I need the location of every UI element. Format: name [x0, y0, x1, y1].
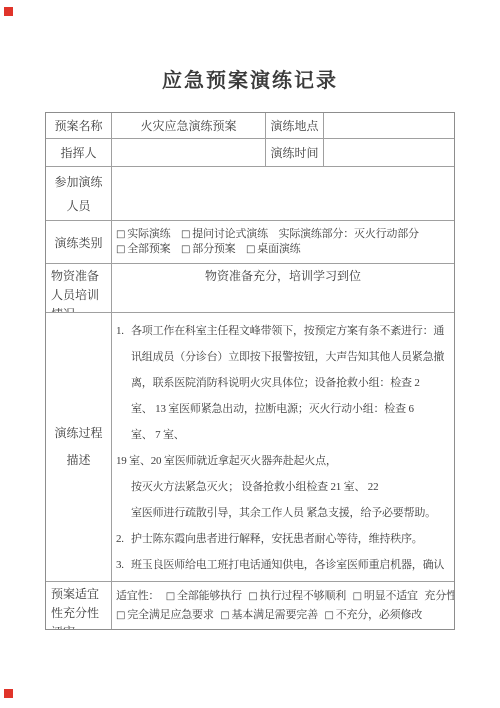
process-line: 1.各项工作在科室主任程文峰带领下，按预定方案有条不紊进行：通 [116, 318, 450, 344]
row-materials-training: 物资准备 人员培训 情况 物资准备充分，培训学习到位 [46, 264, 454, 313]
red-corner-mark-bottom [4, 689, 13, 698]
process-line: 离，联系医院消防科说明火灾具体位；设备抢救小组：检查 2 [116, 370, 450, 396]
process-line-text: 按灭火方法紧急灭火； 设备抢救小组检查 21 室、 22 [131, 474, 378, 500]
process-line-text: 护士陈东霞向患者进行解释，安抚患者耐心等待，维持秩序。 [131, 526, 423, 552]
checkbox-option: □执行过程不够顺利 [248, 590, 346, 602]
drill-time-label: 演练时间 [266, 139, 324, 166]
materials-training-value: 物资准备充分，培训学习到位 [112, 264, 454, 312]
checkbox-option: □部分预案 [181, 243, 235, 255]
checkbox-icon: □ [116, 610, 125, 621]
list-number: 1. [116, 318, 131, 344]
checkbox-icon: □ [220, 610, 229, 621]
plan-name-value: 火灾应急演练预案 [112, 113, 266, 138]
checkbox-icon: □ [116, 244, 125, 255]
checkbox-option-label: 适宜性： [116, 590, 159, 602]
review-options-line1: □适宜性： □全部能够执行 □执行过程不够顺利 □明显不适宜 □充分性： [116, 587, 454, 606]
process-line-text: 离，联系医院消防科说明火灾具体位；设备抢救小组：检查 2 [131, 370, 420, 396]
process-line: 2.护士陈东霞向患者进行解释，安抚患者耐心等待，维持秩序。 [116, 526, 450, 552]
participants-value [112, 167, 454, 220]
row-process-description: 演练过程 描述 1.各项工作在科室主任程文峰带领下，按预定方案有条不紊进行：通 … [46, 313, 454, 582]
checkbox-icon: □ [246, 244, 255, 255]
plan-name-label: 预案名称 [46, 113, 112, 138]
list-number: 3. [116, 552, 131, 578]
page-title: 应急预案演练记录 [0, 64, 500, 93]
category-options-line2: □全部预案 □部分预案 □桌面演练 [116, 242, 454, 257]
row-plan-name: 预案名称 火灾应急演练预案 演练地点 [46, 113, 454, 139]
checkbox-icon: □ [116, 229, 125, 240]
checkbox-option-label: 基本满足需要完善 [231, 609, 317, 621]
checkbox-option: □充分性： [424, 590, 454, 602]
checkbox-option-label: 桌面演练 [257, 243, 300, 255]
process-line-text: 各项工作在科室主任程文峰带领下，按预定方案有条不紊进行：通 [131, 318, 444, 344]
process-line: 讯组成员（分诊台）立即按下报警按钮，大声告知其他人员紧急撤 [116, 344, 450, 370]
row-plan-review: 预案适宜 性充分性 评审 □适宜性： □全部能够执行 □执行过程不够顺利 □明显… [46, 582, 454, 629]
drill-location-label: 演练地点 [266, 113, 324, 138]
row-drill-category: 演练类别 □实际演练 □提问讨论式演练 □实际演练部分：灭火行动部分 □全部预案… [46, 221, 454, 264]
checkbox-option-label: 不充分，必须修改 [336, 609, 422, 621]
participants-label: 参加演练 人员 [46, 167, 112, 220]
materials-label-line1: 物资准备 [51, 267, 109, 286]
process-line-text: 班玉良医师给电工班打电话通知供电，各诊室医师重启机器，确认 [131, 552, 444, 578]
process-line-text: 室、 13 室医师紧急出动，拉断电源；灭火行动小组：检查 6 [131, 396, 414, 422]
drill-location-value [324, 113, 454, 138]
checkbox-option-label: 提问讨论式演练 [192, 228, 268, 240]
checkbox-option: □完全满足应急要求 [116, 609, 214, 621]
drill-category-options: □实际演练 □提问讨论式演练 □实际演练部分：灭火行动部分 □全部预案 □部分预… [112, 221, 454, 263]
checkbox-option: □全部预案 [116, 243, 170, 255]
checkbox-icon: □ [181, 244, 190, 255]
process-line: 按灭火方法紧急灭火； 设备抢救小组检查 21 室、 22 [116, 474, 450, 500]
checkbox-option: □全部能够执行 [166, 590, 242, 602]
process-line: 室医师进行疏散引导，其余工作人员 紧急支援，给予必要帮助。 [116, 500, 450, 526]
participants-label-line1: 参加演练 [54, 173, 102, 190]
checkbox-option: □实际演练 [116, 228, 170, 240]
checkbox-option-label: 执行过程不够顺利 [260, 590, 346, 602]
checkbox-option: □实际演练部分：灭火行动部分 [278, 228, 418, 240]
checkbox-icon: □ [166, 591, 175, 602]
process-label-line1: 演练过程 [54, 420, 102, 447]
review-label-line2: 性充分性 [51, 604, 109, 623]
process-line: 3.班玉良医师给电工班打电话通知供电，各诊室医师重启机器，确认 [116, 552, 450, 578]
drill-record-table: 预案名称 火灾应急演练预案 演练地点 指挥人 演练时间 参加演练 人员 演练类别… [45, 112, 455, 630]
process-line: 室、 7 室、 [116, 422, 450, 448]
checkbox-icon: □ [181, 229, 190, 240]
review-label-line1: 预案适宜 [51, 585, 109, 604]
checkbox-option-label: 充分性： [424, 590, 454, 602]
materials-training-label: 物资准备 人员培训 情况 [46, 264, 112, 312]
checkbox-option: □基本满足需要完善 [220, 609, 318, 621]
checkbox-option: □适宜性： [116, 590, 159, 602]
process-description-label: 演练过程 描述 [46, 313, 112, 581]
process-line-text: 19 室、20 室医师就近拿起灭火器奔赴起火点， [116, 448, 337, 474]
review-options-line2: □完全满足应急要求 □基本满足需要完善 □不充分，必须修改 [116, 606, 454, 625]
drill-time-value [324, 139, 454, 166]
process-description-text: 1.各项工作在科室主任程文峰带领下，按预定方案有条不紊进行：通 讯组成员（分诊台… [112, 313, 454, 581]
review-label-line3: 评审 [51, 623, 109, 629]
list-number [116, 370, 131, 396]
process-line: 室、 13 室医师紧急出动，拉断电源；灭火行动小组：检查 6 [116, 396, 450, 422]
list-number [116, 474, 131, 500]
list-number [116, 396, 131, 422]
process-label-line2: 描述 [66, 447, 90, 474]
list-number: 2. [116, 526, 131, 552]
participants-label-line2: 人员 [66, 197, 90, 214]
row-participants: 参加演练 人员 [46, 167, 454, 221]
checkbox-option: □提问讨论式演练 [181, 228, 268, 240]
process-line-text: 室医师进行疏散引导，其余工作人员 紧急支援，给予必要帮助。 [131, 500, 436, 526]
materials-label-line3: 情况 [51, 305, 109, 312]
checkbox-option-label: 全部预案 [127, 243, 170, 255]
checkbox-option-label: 完全满足应急要求 [127, 609, 213, 621]
red-corner-mark-top [4, 7, 13, 16]
checkbox-option: □桌面演练 [246, 243, 300, 255]
checkbox-option: □明显不适宜 [353, 590, 418, 602]
process-line-text: 讯组成员（分诊台）立即按下报警按钮，大声告知其他人员紧急撤 [131, 344, 444, 370]
checkbox-option-label: 实际演练 [127, 228, 170, 240]
plan-review-label: 预案适宜 性充分性 评审 [46, 582, 112, 629]
list-number [116, 344, 131, 370]
checkbox-icon: □ [353, 591, 362, 602]
checkbox-option-label: 实际演练部分：灭火行动部分 [278, 228, 418, 240]
drill-category-label: 演练类别 [46, 221, 112, 263]
materials-label-line2: 人员培训 [51, 286, 109, 305]
process-line-text: 室、 7 室、 [131, 422, 185, 448]
row-commander: 指挥人 演练时间 [46, 139, 454, 167]
checkbox-option: □不充分，必须修改 [324, 609, 422, 621]
list-number [116, 422, 131, 448]
checkbox-option-label: 全部能够执行 [177, 590, 242, 602]
checkbox-icon: □ [248, 591, 257, 602]
commander-value [112, 139, 266, 166]
commander-label: 指挥人 [46, 139, 112, 166]
category-options-line1: □实际演练 □提问讨论式演练 □实际演练部分：灭火行动部分 [116, 227, 454, 242]
process-line: 19 室、20 室医师就近拿起灭火器奔赴起火点， [116, 448, 450, 474]
plan-review-options: □适宜性： □全部能够执行 □执行过程不够顺利 □明显不适宜 □充分性： □完全… [112, 582, 454, 629]
checkbox-icon: □ [324, 610, 333, 621]
checkbox-option-label: 部分预案 [192, 243, 235, 255]
checkbox-option-label: 明显不适宜 [364, 590, 418, 602]
list-number [116, 500, 131, 526]
